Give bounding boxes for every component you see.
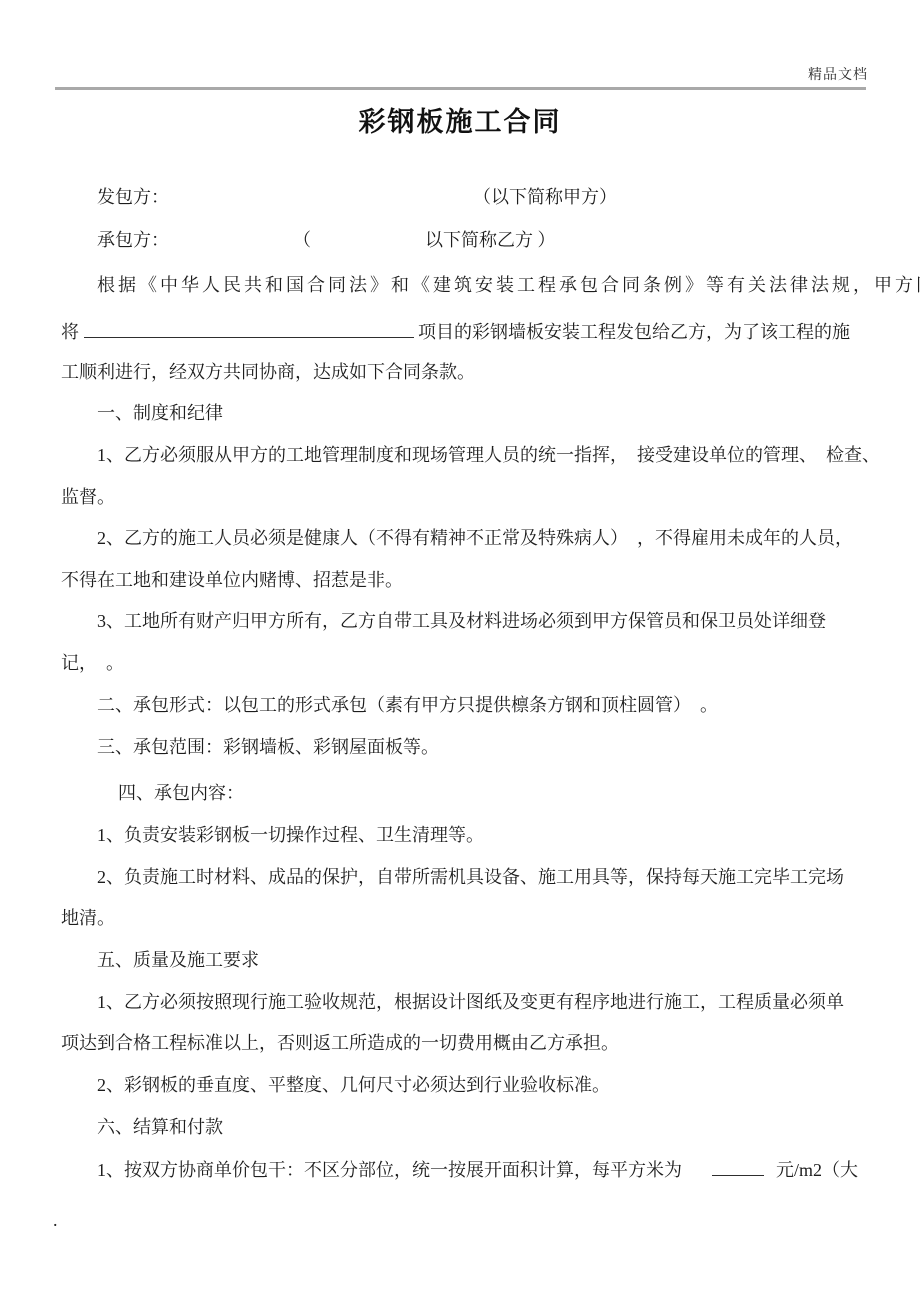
party-b-label: 承包方： — [97, 230, 169, 250]
section-5-heading: 五、质量及施工要求 — [97, 949, 259, 971]
contract-document-page: 精品文档 彩钢板施工合同 发包方：（以下简称甲方） 承包方：（以下简称乙方 ） … — [0, 0, 920, 1303]
section-6-heading: 六、结算和付款 — [97, 1116, 223, 1138]
party-b-note: 以下简称乙方 ） — [425, 230, 556, 250]
party-b-open-paren: （ — [293, 230, 311, 250]
preamble-line-3: 工顺利进行，经双方共同协商，达成如下合同条款。 — [61, 361, 475, 383]
price-clause-prefix: 1、按双方协商单价包干：不区分部位，统一按展开面积计算，每平方米为 — [97, 1160, 682, 1180]
section-1-item-3-line-2: 记， 。 — [61, 652, 124, 674]
party-a-fill-space — [169, 202, 473, 203]
project-name-blank-underline — [84, 319, 414, 338]
section-4-heading: 四、承包内容： — [118, 782, 244, 804]
section-3-heading: 三、承包范围：彩钢墙板、彩钢屋面板等。 — [97, 736, 439, 758]
header-divider — [55, 87, 866, 90]
watermark-label: 精品文档 — [808, 64, 868, 84]
stray-period-mark: . — [53, 1210, 58, 1231]
section-1-item-1-line-1: 1、乙方必须服从甲方的工地管理制度和现场管理人员的统一指挥， 接受建设单位的管理… — [97, 444, 880, 466]
section-4-item-1: 1、负责安装彩钢板一切操作过程、卫生清理等。 — [97, 824, 484, 846]
party-a-line: 发包方：（以下简称甲方） — [97, 186, 617, 208]
price-clause-suffix: 元/m2（大 — [776, 1160, 858, 1180]
section-1-heading: 一、制度和纪律 — [97, 402, 223, 424]
party-a-note: （以下简称甲方） — [473, 187, 617, 207]
party-b-line: 承包方：（以下简称乙方 ） — [97, 229, 556, 251]
preamble-line-2-prefix: 将 — [61, 322, 79, 342]
party-a-label: 发包方： — [97, 187, 169, 207]
preamble-line-2: 将项目的彩钢墙板安装工程发包给乙方，为了该工程的施 — [61, 319, 850, 343]
page-title: 彩钢板施工合同 — [0, 100, 920, 139]
price-gap-space — [682, 1175, 712, 1176]
section-1-item-3-line-1: 3、工地所有财产归甲方所有，乙方自带工具及材料进场必须到甲方保管员和保卫员处详细… — [97, 610, 826, 632]
section-5-item-1-line-2: 项达到合格工程标准以上，否则返工所造成的一切费用概由乙方承担。 — [61, 1032, 619, 1054]
price-unit-space — [764, 1175, 776, 1176]
section-5-item-1-line-1: 1、乙方必须按照现行施工验收规范，根据设计图纸及变更有程序地进行施工，工程质量必… — [97, 991, 844, 1013]
section-1-item-2-line-1: 2、乙方的施工人员必须是健康人（不得有精神不正常及特殊病人） ，不得雇用未成年的… — [97, 527, 853, 549]
section-1-item-1-line-2: 监督。 — [61, 486, 115, 508]
section-4-item-2-line-1: 2、负责施工时材料、成品的保护，自带所需机具设备、施工用具等，保持每天施工完毕工… — [97, 866, 844, 888]
section-6-item-1: 1、按双方协商单价包干：不区分部位，统一按展开面积计算，每平方米为元/m2（大 — [97, 1157, 858, 1181]
price-blank-underline — [712, 1157, 764, 1176]
section-2-heading: 二、承包形式：以包工的形式承包（素有甲方只提供檩条方钢和顶柱圆管） 。 — [97, 694, 718, 716]
preamble-line-1: 根据《中华人民共和国合同法》和《建筑安装工程承包合同条例》等有关法律法规，甲方同… — [97, 274, 920, 296]
section-1-item-2-line-2: 不得在工地和建设单位内赌博、招惹是非。 — [61, 569, 403, 591]
section-5-item-2: 2、彩钢板的垂直度、平整度、几何尺寸必须达到行业验收标准。 — [97, 1074, 610, 1096]
section-4-item-2-line-2: 地清。 — [61, 907, 115, 929]
party-b-fill-space-1 — [169, 245, 293, 246]
party-b-fill-space-2 — [311, 245, 425, 246]
preamble-line-2-suffix: 项目的彩钢墙板安装工程发包给乙方，为了该工程的施 — [418, 322, 850, 342]
